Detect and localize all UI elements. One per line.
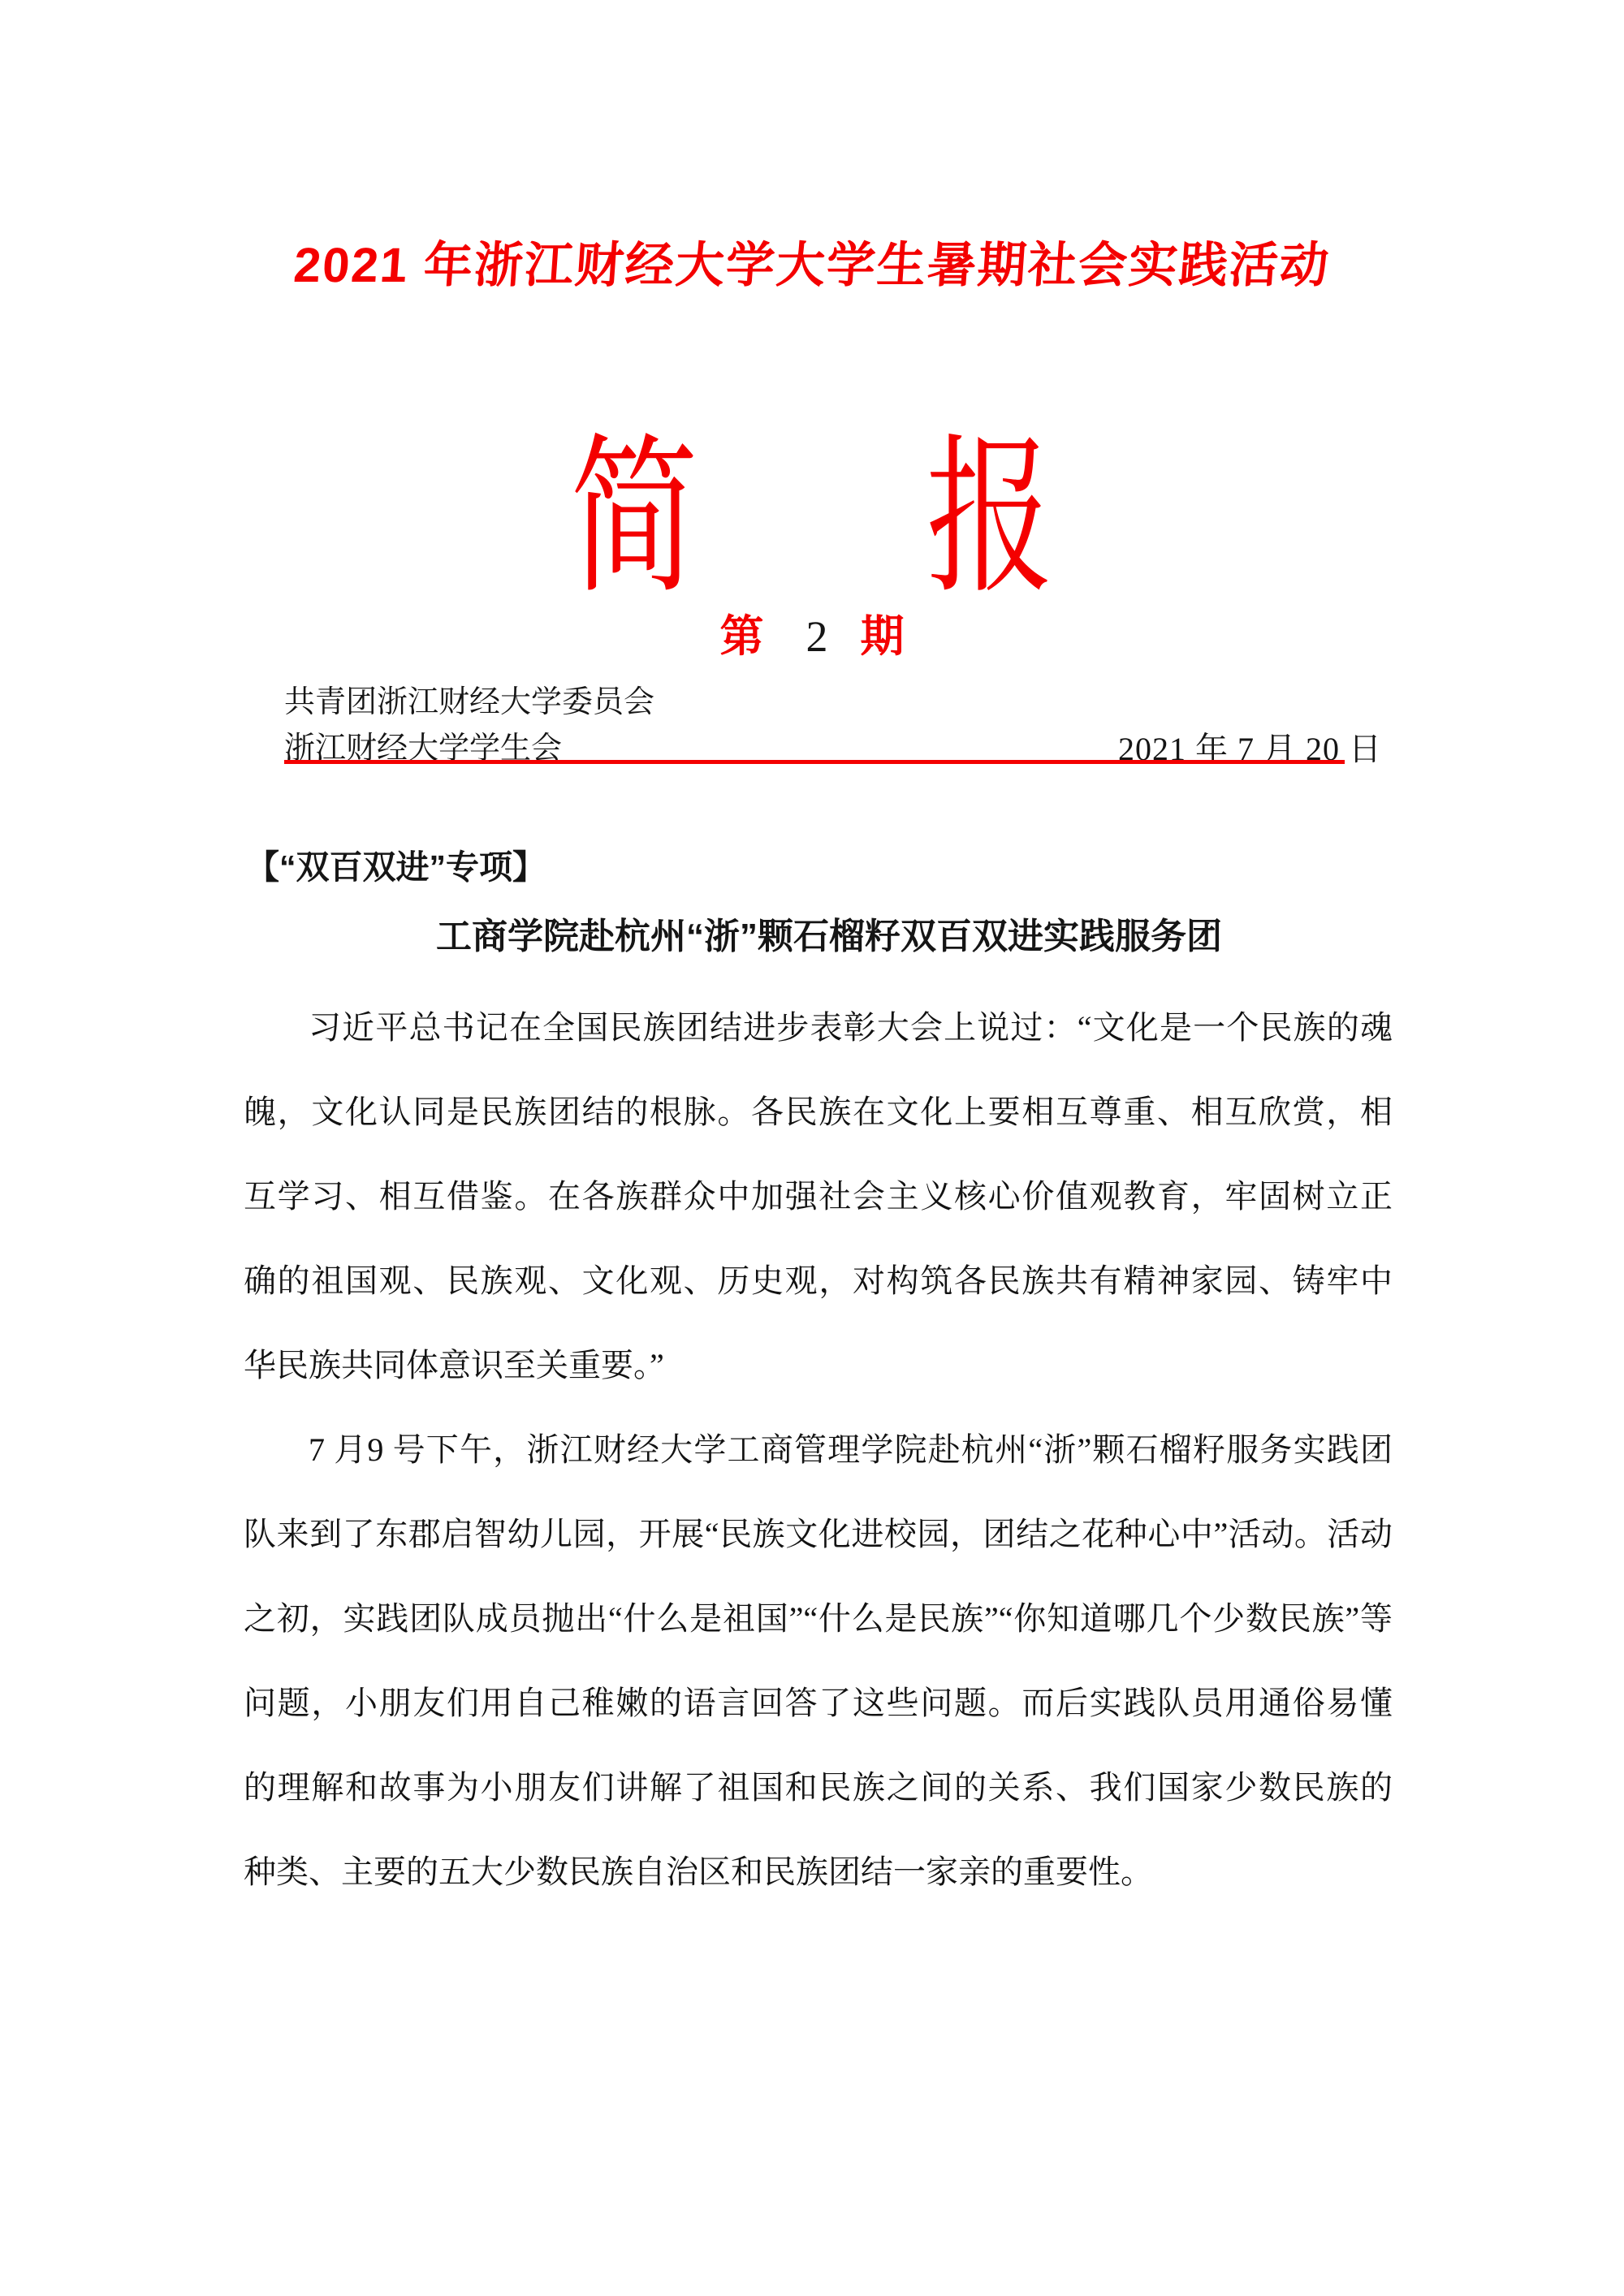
body-line: 问题，小朋友们用自己稚嫩的语言回答了这些问题。而后实践队员用通俗易懂 bbox=[244, 1661, 1393, 1746]
body-line: 种类、主要的五大少数民族自治区和民族团结一家亲的重要性。 bbox=[244, 1830, 1393, 1914]
body-line: 魄，文化认同是民族团结的根脉。各民族在文化上要相互尊重、相互欣赏，相 bbox=[244, 1070, 1393, 1154]
article-title: 工商学院赴杭州“浙”颗石榴籽双百双进实践服务团 bbox=[0, 917, 1624, 956]
body-line: 互学习、相互借鉴。在各族群众中加强社会主义核心价值观教育，牢固树立正 bbox=[244, 1154, 1393, 1239]
issue-number: 2 bbox=[806, 612, 828, 661]
masthead-title: 简 报 bbox=[0, 433, 1624, 603]
body-line: 确的祖国观、民族观、文化观、历史观，对构筑各民族共有精神家园、铸牢中 bbox=[244, 1239, 1393, 1323]
body-line: 的理解和故事为小朋友们讲解了祖国和民族之间的关系、我们国家少数民族的 bbox=[244, 1746, 1393, 1830]
article-body: 习近平总书记在全国民族团结进步表彰大会上说过：“文化是一个民族的魂 魄，文化认同… bbox=[244, 986, 1393, 1914]
section-tag: 【“双百双进”专项】 bbox=[246, 849, 546, 886]
document-page: 2021 年浙江财经大学大学生暑期社会实践活动 简 报 第2期 共青团浙江财经大… bbox=[0, 0, 1624, 2296]
page-title: 2021 年浙江财经大学大学生暑期社会实践活动 bbox=[0, 235, 1624, 296]
publisher-committee: 共青团浙江财经大学委员会 bbox=[284, 686, 654, 720]
body-line: 之初，实践团队成员抛出“什么是祖国”“什么是民族”“你知道哪几个少数民族”等 bbox=[244, 1577, 1393, 1661]
issue-suffix: 期 bbox=[861, 612, 905, 661]
body-line: 队来到了东郡启智幼儿园，开展“民族文化进校园，团结之花种心中”活动。活动 bbox=[244, 1492, 1393, 1577]
issue-prefix: 第 bbox=[720, 612, 764, 661]
body-line: 华民族共同体意识至关重要。” bbox=[244, 1323, 1393, 1408]
header-divider-rule bbox=[284, 760, 1345, 764]
masthead-char-jian: 简 bbox=[570, 433, 698, 603]
masthead-char-bao: 报 bbox=[926, 433, 1054, 603]
body-line: 7 月9 号下午，浙江财经大学工商管理学院赴杭州“浙”颗石榴籽服务实践团 bbox=[244, 1408, 1393, 1492]
issue-line: 第2期 bbox=[0, 615, 1624, 658]
body-line: 习近平总书记在全国民族团结进步表彰大会上说过：“文化是一个民族的魂 bbox=[244, 986, 1393, 1070]
